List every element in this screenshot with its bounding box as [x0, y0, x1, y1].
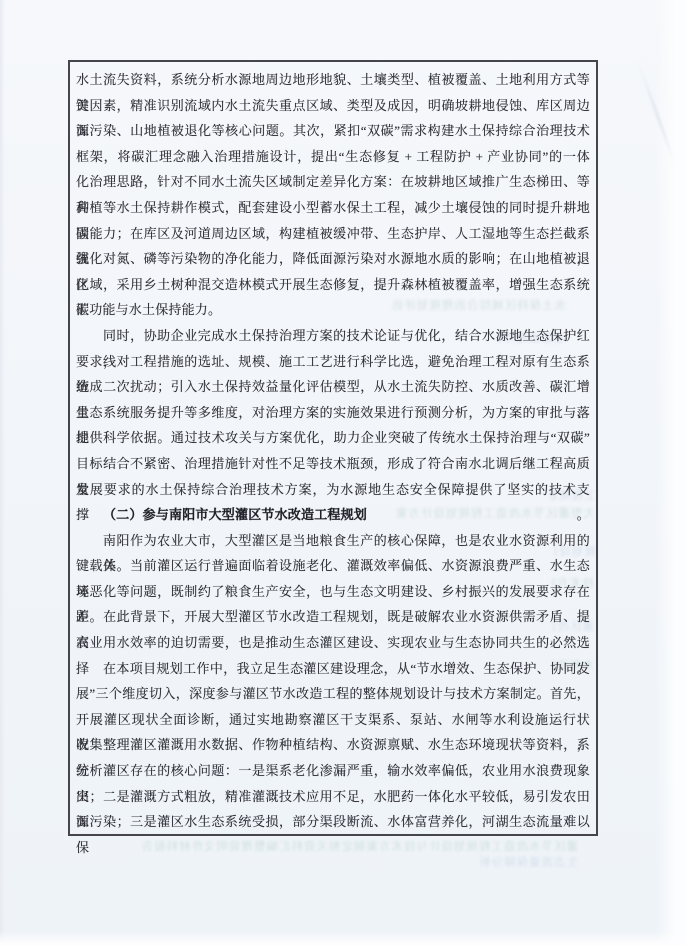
text-line: 造成二次扰动；引入水土保持效益量化评估模型，从水土流失防控、水质改善、碳汇增量、: [76, 374, 590, 400]
text-line: 境恶化等问题，既制约了粮食生产安全，也与生态文明建设、乡村振兴的发展要求存在差: [76, 579, 590, 605]
text-line: 要求，对工程措施的选址、规模、施工工艺进行科学比选，避免治理工程对原有生态系统: [76, 349, 590, 375]
scan-page: 水土保持区域综合治理规划评估生态治理方案工程规划大型灌区节水改造工程规划设计方案…: [0, 0, 686, 945]
text-line: 区域，采用乡土树种混交造林模式开展生态修复，提升森林植被覆盖率，增强生态系统碳: [76, 272, 590, 298]
text-line: 碳能力；在库区及河道周边区域，构建植被缓冲带、生态护岸、人工湿地等生态拦截系统，: [76, 221, 590, 247]
text-line: 键载体。当前灌区运行普遍面临着设施老化、灌溉效率偏低、水资源浪费严重、水生态环: [76, 553, 590, 579]
text-line: 发展要求的水土保持综合治理技术方案，为水源地生态安全保障提供了坚实的技术支撑。: [76, 477, 590, 503]
text-line: 农业用水效率的迫切需要，也是推动生态灌区建设、实现农业与生态协同共生的必然选择。: [76, 630, 590, 656]
text-line: 南阳作为农业大市，大型灌区是当地粮食生产的核心保障，也是农业水资源利用的关: [76, 528, 590, 554]
text-line: 源污染；三是灌区水生态系统受损，部分渠段断流、水体富营养化，河湖生态流量难以保: [76, 809, 590, 835]
text-line: 同时，协助企业完成水土保持治理方案的技术论证与优化，结合水源地生态保护红线: [76, 323, 590, 349]
text-line: 提供科学依据。通过技术攻关与方案优化，助力企业突破了传统水土保持治理与“双碳”: [76, 425, 590, 451]
text-line: 在本项目规划工作中，我立足生态灌区建设理念，从“节水增效、生态保护、协同发: [76, 656, 590, 682]
text-line: 汇功能与水土保持能力。: [76, 297, 590, 323]
text-line: 键因素，精准识别流域内水土流失重点区域、类型及成因，明确坡耕地侵蚀、库区周边面: [76, 93, 590, 119]
text-line: 展”三个维度切入，深度参与灌区节水改造工程的整体规划设计与技术方案制定。首先，: [76, 681, 590, 707]
text-line: 框架，将碳汇理念融入治理措施设计，提出“生态修复 + 工程防护 + 产业协同”的…: [76, 144, 590, 170]
bleedthrough-mark: 生态流量保障分析: [458, 856, 578, 871]
text-line: 收集整理灌区灌溉用水数据、作物种植结构、水资源禀赋、水生态环境现状等资料，系统: [76, 732, 590, 758]
document-table-cell: 水土流失资料，系统分析水源地周边地形地貌、土壤类型、植被覆盖、土地利用方式等关键…: [68, 60, 598, 836]
scan-edge-right: [656, 0, 686, 945]
text-line: 强化对氮、磷等污染物的净化能力，降低面源污染对水源地水质的影响；在山地植被退化: [76, 246, 590, 272]
scan-edge-left: [0, 0, 5, 945]
text-line: 水土流失资料，系统分析水源地周边地形地貌、土壤类型、植被覆盖、土地利用方式等关: [76, 67, 590, 93]
text-line: 化治理思路，针对不同水土流失区域制定差异化方案：在坡耕地区域推广生态梯田、等高: [76, 169, 590, 195]
text-line: 出；二是灌溉方式粗放，精准灌溉技术应用不足，水肥药一体化水平较低，易引发农田面: [76, 784, 590, 810]
bleedthrough-mark: 灌区节水改造工程规划设计与技术方案制定相关资料汇编整理说明文件材料报告: [78, 840, 578, 855]
text-line: 开展灌区现状全面诊断，通过实地勘察灌区干支渠系、泵站、水闸等水利设施运行状况，: [76, 707, 590, 733]
text-line: 生态系统服务提升等多维度，对治理方案的实施效果进行预测分析，为方案的审批与落地: [76, 400, 590, 426]
text-line: 距。在此背景下，开展大型灌区节水改造工程规划，既是破解农业水资源供需矛盾、提高: [76, 604, 590, 630]
text-line: 源污染、山地植被退化等核心问题。其次，紧扣“双碳”需求构建水土保持综合治理技术: [76, 118, 590, 144]
text-line: 目标结合不紧密、治理措施针对性不足等技术瓶颈，形成了符合南水北调后继工程高质量: [76, 451, 590, 477]
scan-edge-bottom: [0, 931, 686, 945]
document-text: 水土流失资料，系统分析水源地周边地形地貌、土壤类型、植被覆盖、土地利用方式等关键…: [76, 67, 590, 835]
text-line: 分析灌区存在的核心问题：一是渠系老化渗漏严重，输水效率偏低，农业用水浪费现象突: [76, 758, 590, 784]
text-line: 种植等水土保持耕作模式，配套建设小型蓄水保土工程，减少土壤侵蚀的同时提升耕地固: [76, 195, 590, 221]
